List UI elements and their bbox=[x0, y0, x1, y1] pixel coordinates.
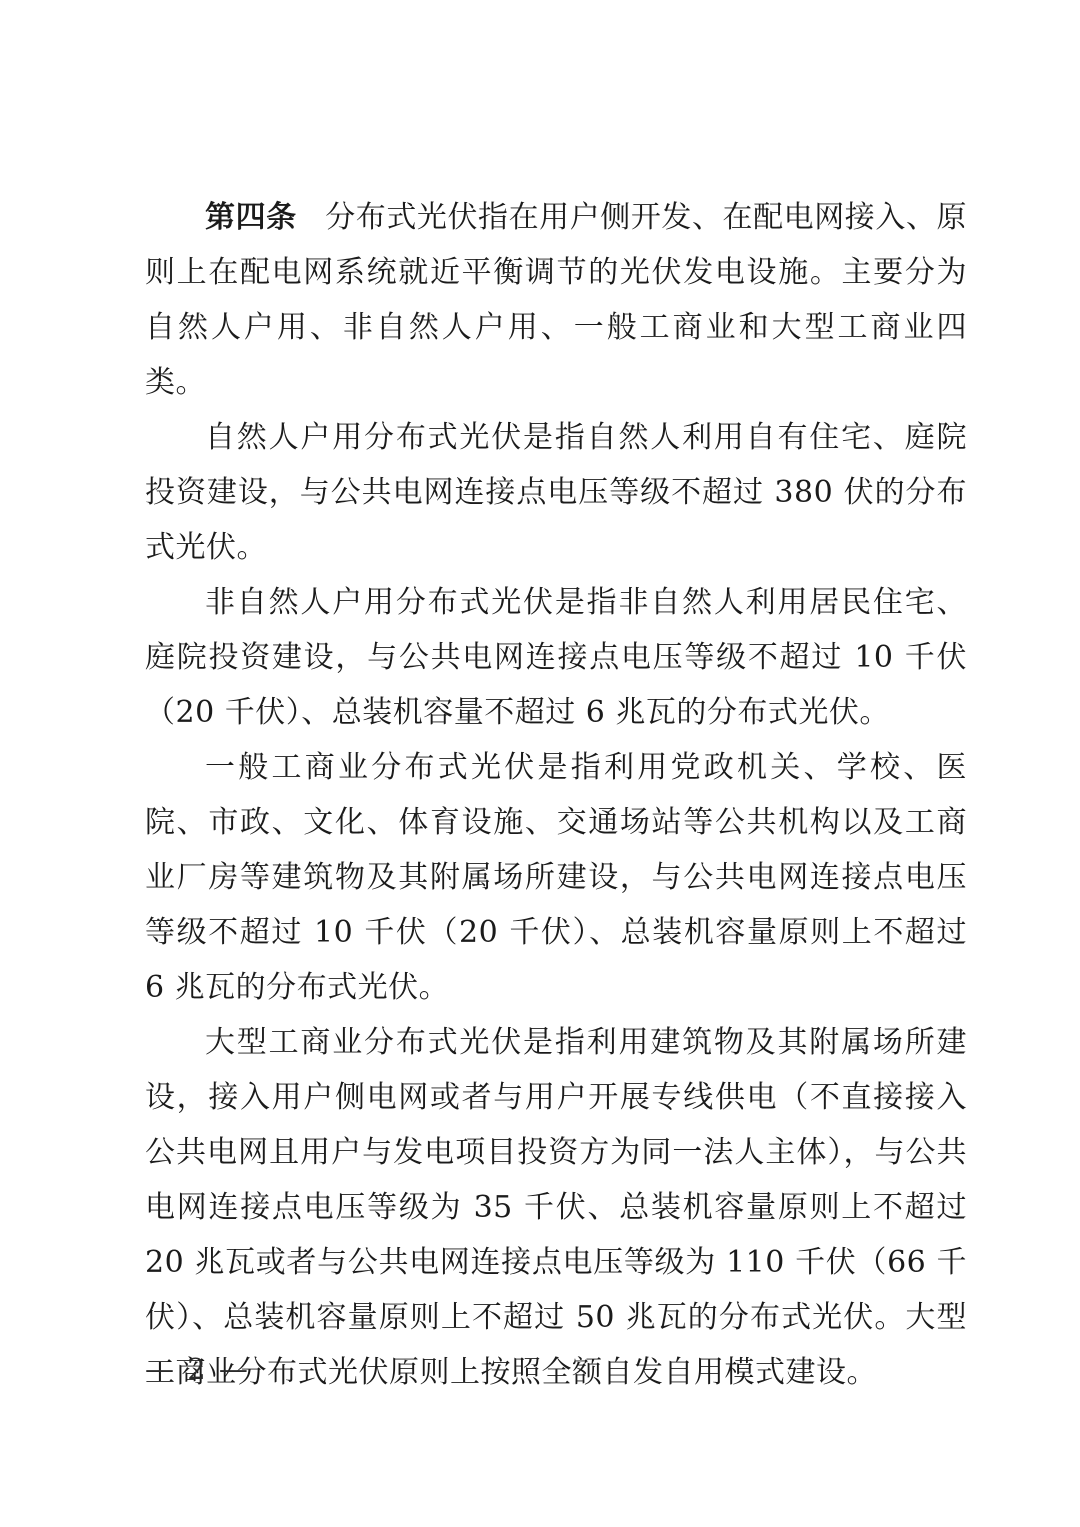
paragraph-general-commercial: 一般工商业分布式光伏是指利用党政机关、学校、医院、市政、文化、体育设施、交通场站… bbox=[145, 740, 967, 1015]
paragraph-non-natural-person-household: 非自然人户用分布式光伏是指非自然人利用居民住宅、庭院投资建设，与公共电网连接点电… bbox=[145, 575, 967, 740]
document-page: 第四条分布式光伏指在用户侧开发、在配电网接入、原则上在配电网系统就近平衡调节的光… bbox=[0, 0, 1080, 1527]
paragraph-large-commercial: 大型工商业分布式光伏是指利用建筑物及其附属场所建设，接入用户侧电网或者与用户开展… bbox=[145, 1015, 967, 1400]
page-number: — 2 — bbox=[145, 1352, 250, 1386]
paragraph-article-4-intro: 第四条分布式光伏指在用户侧开发、在配电网接入、原则上在配电网系统就近平衡调节的光… bbox=[145, 190, 967, 410]
article-number-label: 第四条 bbox=[205, 200, 297, 235]
paragraph-natural-person-household: 自然人户用分布式光伏是指自然人利用自有住宅、庭院投资建设，与公共电网连接点电压等… bbox=[145, 410, 967, 575]
document-body: 第四条分布式光伏指在用户侧开发、在配电网接入、原则上在配电网系统就近平衡调节的光… bbox=[145, 190, 967, 1400]
